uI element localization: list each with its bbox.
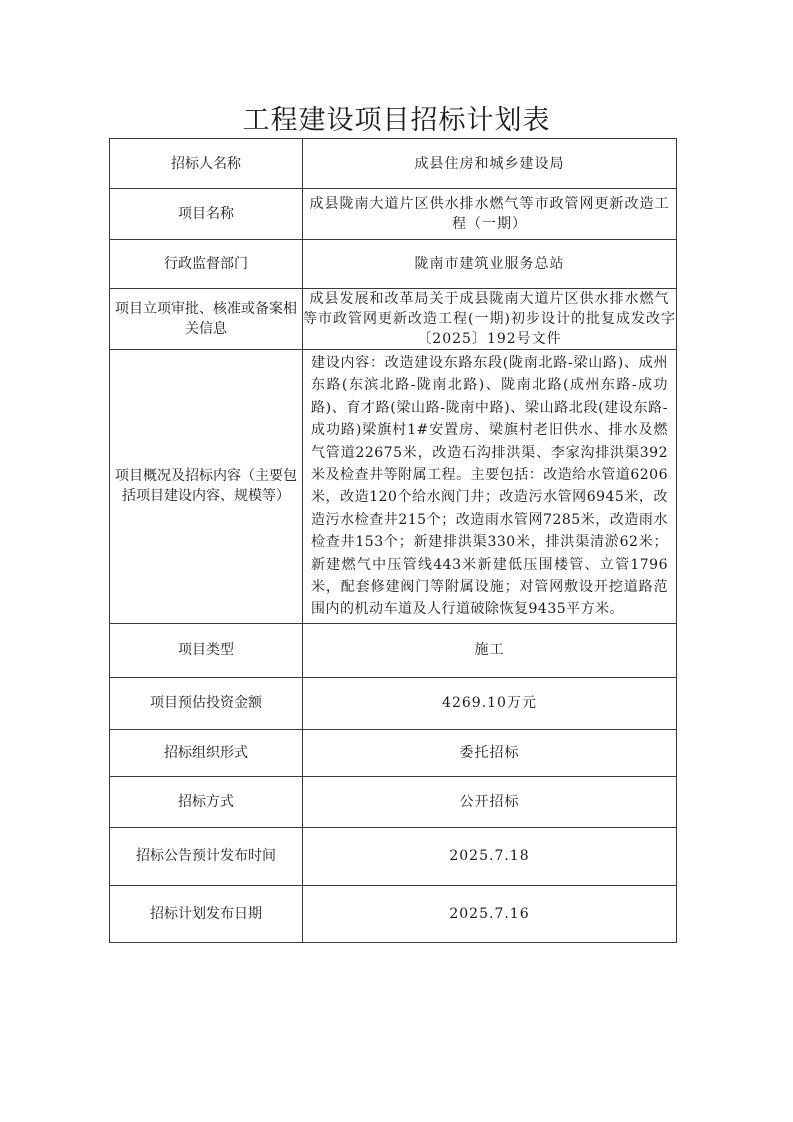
table-row-estimated-investment: 项目预估投资金额 4269.10万元 bbox=[110, 677, 677, 729]
row-label: 行政监督部门 bbox=[110, 240, 303, 289]
table-row-project-type: 项目类型 施工 bbox=[110, 623, 677, 677]
row-value: 2025.7.16 bbox=[303, 885, 677, 942]
row-value: 2025.7.18 bbox=[303, 827, 677, 885]
table-row-plan-release-date: 招标计划发布日期 2025.7.16 bbox=[110, 885, 677, 942]
tender-plan-table: 招标人名称 成县住房和城乡建设局 项目名称 成县陇南大道片区供水排水燃气等市政管… bbox=[109, 138, 677, 943]
row-value: 成县发展和改革局关于成县陇南大道片区供水排水燃气等市政管网更新改造工程(一期)初… bbox=[303, 289, 677, 350]
row-label: 招标人名称 bbox=[110, 139, 303, 189]
table-row-tender-method: 招标方式 公开招标 bbox=[110, 776, 677, 827]
row-value: 公开招标 bbox=[303, 776, 677, 827]
table-row-supervision-dept: 行政监督部门 陇南市建筑业服务总站 bbox=[110, 240, 677, 289]
row-label: 项目预估投资金额 bbox=[110, 677, 303, 729]
row-value: 成县陇南大道片区供水排水燃气等市政管网更新改造工程（一期） bbox=[303, 189, 677, 240]
row-label: 招标计划发布日期 bbox=[110, 885, 303, 942]
row-value: 成县住房和城乡建设局 bbox=[303, 139, 677, 189]
row-label: 项目名称 bbox=[110, 189, 303, 240]
table-row-organization-form: 招标组织形式 委托招标 bbox=[110, 729, 677, 776]
table-row-approval-info: 项目立项审批、核准或备案相关信息 成县发展和改革局关于成县陇南大道片区供水排水燃… bbox=[110, 289, 677, 350]
row-label: 招标公告预计发布时间 bbox=[110, 827, 303, 885]
table-row-project-overview: 项目概况及招标内容（主要包括项目建设内容、规模等） 建设内容：改造建设东路东段(… bbox=[110, 350, 677, 624]
table-row-announcement-date: 招标公告预计发布时间 2025.7.18 bbox=[110, 827, 677, 885]
table-row-tenderer: 招标人名称 成县住房和城乡建设局 bbox=[110, 139, 677, 189]
row-value: 陇南市建筑业服务总站 bbox=[303, 240, 677, 289]
row-value: 建设内容：改造建设东路东段(陇南北路-梁山路)、成州东路(东滨北路-陇南北路)、… bbox=[303, 350, 677, 624]
row-label: 项目概况及招标内容（主要包括项目建设内容、规模等） bbox=[110, 350, 303, 624]
row-label: 招标方式 bbox=[110, 776, 303, 827]
row-label: 项目立项审批、核准或备案相关信息 bbox=[110, 289, 303, 350]
row-value: 施工 bbox=[303, 623, 677, 677]
row-value: 4269.10万元 bbox=[303, 677, 677, 729]
table-row-project-name: 项目名称 成县陇南大道片区供水排水燃气等市政管网更新改造工程（一期） bbox=[110, 189, 677, 240]
row-label: 项目类型 bbox=[110, 623, 303, 677]
row-value: 委托招标 bbox=[303, 729, 677, 776]
row-label: 招标组织形式 bbox=[110, 729, 303, 776]
page-title: 工程建设项目招标计划表 bbox=[0, 98, 793, 137]
